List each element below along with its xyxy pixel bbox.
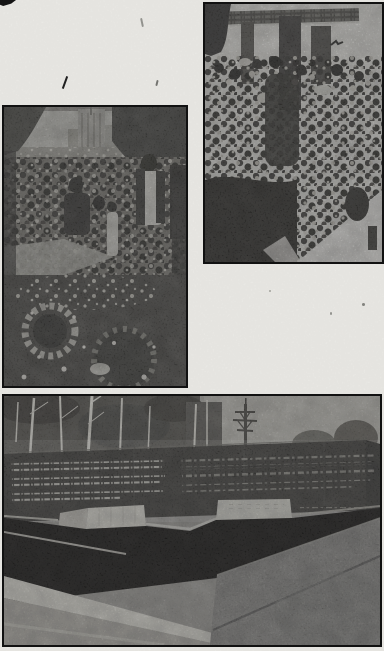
scan-dot bbox=[362, 303, 365, 306]
memorial-wall-photo bbox=[2, 394, 382, 647]
scan-slash-mark bbox=[62, 76, 68, 89]
scan-speck-corner bbox=[0, 0, 16, 6]
photo-wall-scene bbox=[4, 396, 380, 645]
photo-wreaths-scene bbox=[4, 107, 186, 386]
wreath-laying-photo bbox=[2, 105, 188, 388]
scanned-page bbox=[0, 0, 384, 651]
scan-apostrophe-mark bbox=[155, 80, 158, 86]
memorial-crowd-photo bbox=[203, 2, 384, 264]
photo-crowd-scene bbox=[205, 4, 382, 262]
scan-arc-mark bbox=[140, 18, 144, 27]
scan-dot bbox=[330, 312, 332, 315]
scan-dot bbox=[269, 290, 271, 292]
